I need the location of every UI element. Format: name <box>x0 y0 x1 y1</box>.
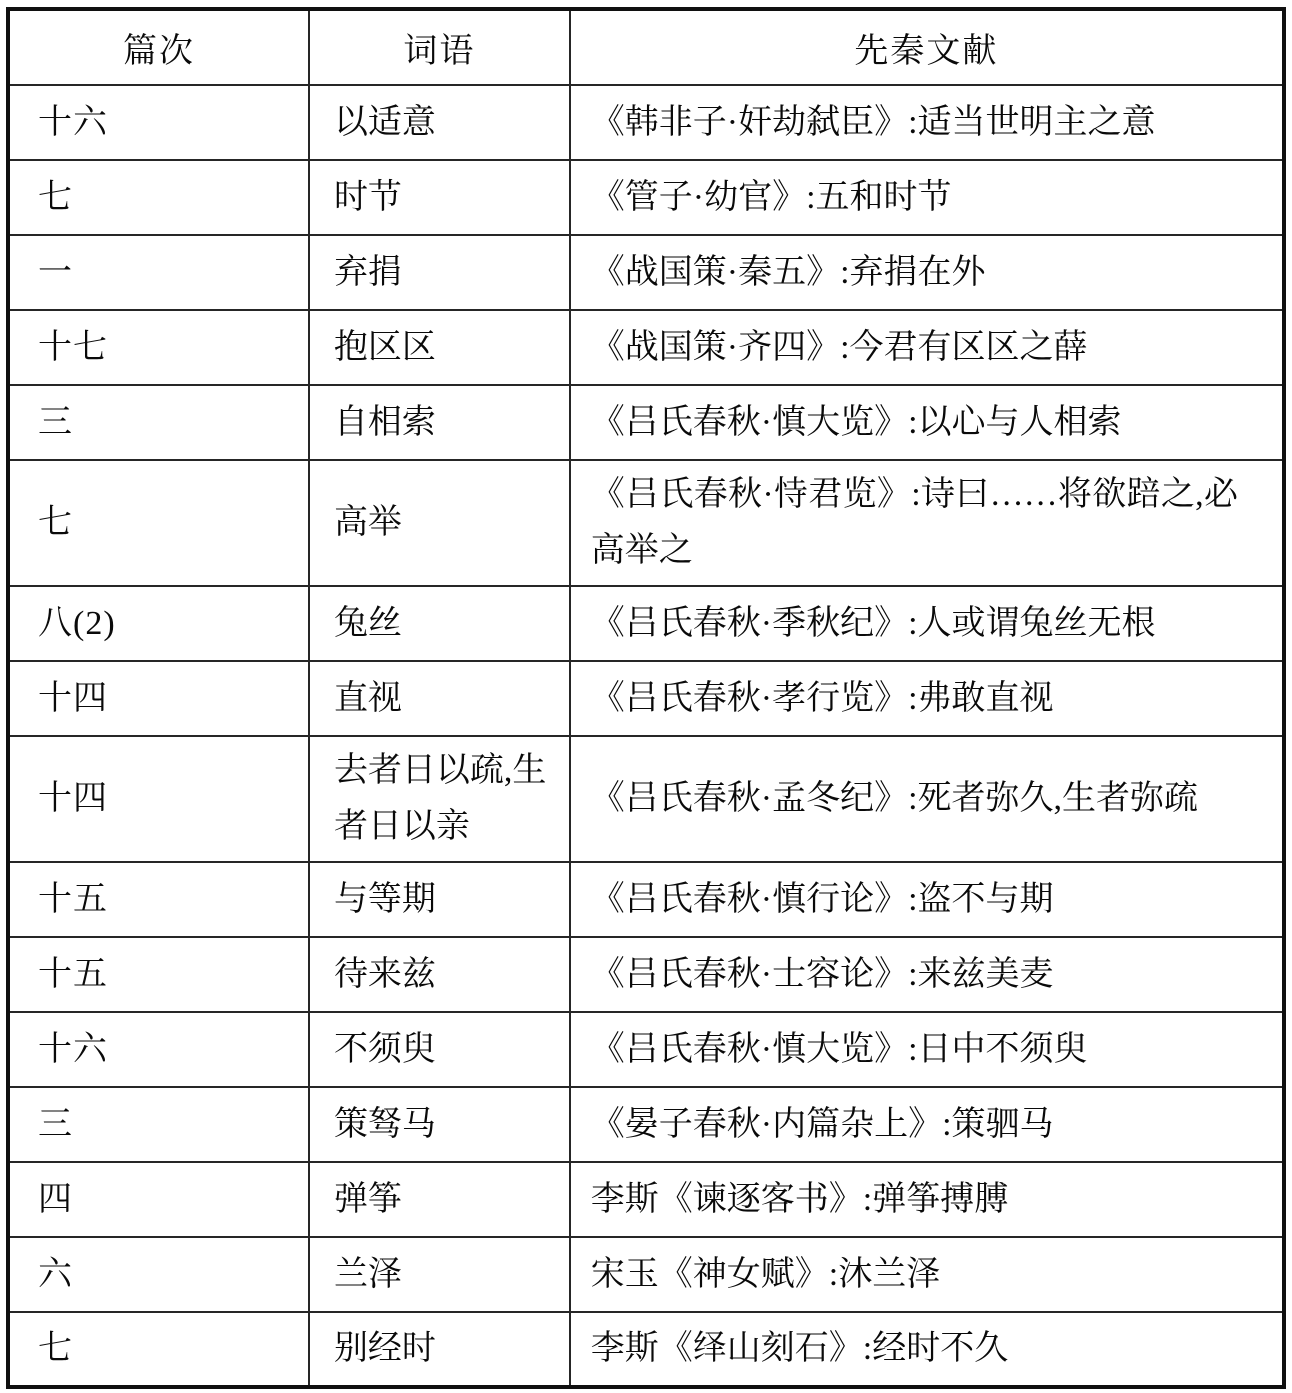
word-cell: 兔丝 <box>309 586 570 661</box>
table-row: 一弃捐《战国策·秦五》:弃捐在外 <box>8 235 1284 310</box>
chapter-cell: 十五 <box>8 937 309 1012</box>
source-cell: 《晏子春秋·内篇杂上》:策驷马 <box>570 1087 1284 1162</box>
word-cell: 去者日以疏,生者日以亲 <box>309 736 570 862</box>
word-cell: 抱区区 <box>309 310 570 385</box>
table-row: 十七抱区区《战国策·齐四》:今君有区区之薛 <box>8 310 1284 385</box>
chapter-cell: 三 <box>8 385 309 460</box>
chapter-cell: 六 <box>8 1237 309 1312</box>
source-cell: 宋玉《神女赋》:沐兰泽 <box>570 1237 1284 1312</box>
chapter-cell: 十四 <box>8 661 309 736</box>
source-cell: 李斯《谏逐客书》:弹筝搏膊 <box>570 1162 1284 1237</box>
source-cell: 《吕氏春秋·恃君览》:诗曰……将欲踣之,必高举之 <box>570 460 1284 586</box>
table-row: 十五与等期《吕氏春秋·慎行论》:盗不与期 <box>8 862 1284 937</box>
source-cell: 《管子·幼官》:五和时节 <box>570 160 1284 235</box>
column-header-word: 词语 <box>309 9 570 85</box>
word-cell: 高举 <box>309 460 570 586</box>
word-cell: 不须臾 <box>309 1012 570 1087</box>
table-body: 十六以适意《韩非子·奸劫弑臣》:适当世明主之意七时节《管子·幼官》:五和时节一弃… <box>8 85 1284 1387</box>
chapter-cell: 十五 <box>8 862 309 937</box>
table-row: 十六以适意《韩非子·奸劫弑臣》:适当世明主之意 <box>8 85 1284 160</box>
scanned-page: 篇次 词语 先秦文献 十六以适意《韩非子·奸劫弑臣》:适当世明主之意七时节《管子… <box>0 0 1292 1393</box>
table-row: 七时节《管子·幼官》:五和时节 <box>8 160 1284 235</box>
source-cell: 李斯《绎山刻石》:经时不久 <box>570 1312 1284 1387</box>
word-cell: 策驽马 <box>309 1087 570 1162</box>
source-cell: 《吕氏春秋·季秋纪》:人或谓兔丝无根 <box>570 586 1284 661</box>
table-row: 六兰泽宋玉《神女赋》:沐兰泽 <box>8 1237 1284 1312</box>
table-row: 三自相索《吕氏春秋·慎大览》:以心与人相索 <box>8 385 1284 460</box>
table-row: 八(2)兔丝《吕氏春秋·季秋纪》:人或谓兔丝无根 <box>8 586 1284 661</box>
column-header-chapter: 篇次 <box>8 9 309 85</box>
word-cell: 自相索 <box>309 385 570 460</box>
table-row: 三策驽马《晏子春秋·内篇杂上》:策驷马 <box>8 1087 1284 1162</box>
word-cell: 与等期 <box>309 862 570 937</box>
column-header-source: 先秦文献 <box>570 9 1284 85</box>
table-row: 十五待来兹《吕氏春秋·士容论》:来兹美麦 <box>8 937 1284 1012</box>
table-row: 七别经时李斯《绎山刻石》:经时不久 <box>8 1312 1284 1387</box>
word-cell: 以适意 <box>309 85 570 160</box>
chapter-cell: 十六 <box>8 85 309 160</box>
word-cell: 直视 <box>309 661 570 736</box>
source-cell: 《吕氏春秋·孟冬纪》:死者弥久,生者弥疏 <box>570 736 1284 862</box>
table-row: 七高举《吕氏春秋·恃君览》:诗曰……将欲踣之,必高举之 <box>8 460 1284 586</box>
chapter-cell: 十六 <box>8 1012 309 1087</box>
source-cell: 《韩非子·奸劫弑臣》:适当世明主之意 <box>570 85 1284 160</box>
chapter-cell: 七 <box>8 160 309 235</box>
word-cell: 待来兹 <box>309 937 570 1012</box>
word-cell: 弃捐 <box>309 235 570 310</box>
chapter-cell: 十四 <box>8 736 309 862</box>
word-cell: 别经时 <box>309 1312 570 1387</box>
word-cell: 兰泽 <box>309 1237 570 1312</box>
pre-qin-vocabulary-table: 篇次 词语 先秦文献 十六以适意《韩非子·奸劫弑臣》:适当世明主之意七时节《管子… <box>6 7 1286 1389</box>
source-cell: 《吕氏春秋·慎大览》:日中不须臾 <box>570 1012 1284 1087</box>
header-row: 篇次 词语 先秦文献 <box>8 9 1284 85</box>
source-cell: 《战国策·齐四》:今君有区区之薛 <box>570 310 1284 385</box>
chapter-cell: 七 <box>8 1312 309 1387</box>
chapter-cell: 七 <box>8 460 309 586</box>
table-row: 十四去者日以疏,生者日以亲《吕氏春秋·孟冬纪》:死者弥久,生者弥疏 <box>8 736 1284 862</box>
source-cell: 《吕氏春秋·慎行论》:盗不与期 <box>570 862 1284 937</box>
source-cell: 《吕氏春秋·慎大览》:以心与人相索 <box>570 385 1284 460</box>
table-row: 十六不须臾《吕氏春秋·慎大览》:日中不须臾 <box>8 1012 1284 1087</box>
chapter-cell: 一 <box>8 235 309 310</box>
chapter-cell: 四 <box>8 1162 309 1237</box>
word-cell: 时节 <box>309 160 570 235</box>
chapter-cell: 十七 <box>8 310 309 385</box>
source-cell: 《战国策·秦五》:弃捐在外 <box>570 235 1284 310</box>
table-row: 十四直视《吕氏春秋·孝行览》:弗敢直视 <box>8 661 1284 736</box>
word-cell: 弹筝 <box>309 1162 570 1237</box>
source-cell: 《吕氏春秋·孝行览》:弗敢直视 <box>570 661 1284 736</box>
source-cell: 《吕氏春秋·士容论》:来兹美麦 <box>570 937 1284 1012</box>
chapter-cell: 八(2) <box>8 586 309 661</box>
table-row: 四弹筝李斯《谏逐客书》:弹筝搏膊 <box>8 1162 1284 1237</box>
chapter-cell: 三 <box>8 1087 309 1162</box>
